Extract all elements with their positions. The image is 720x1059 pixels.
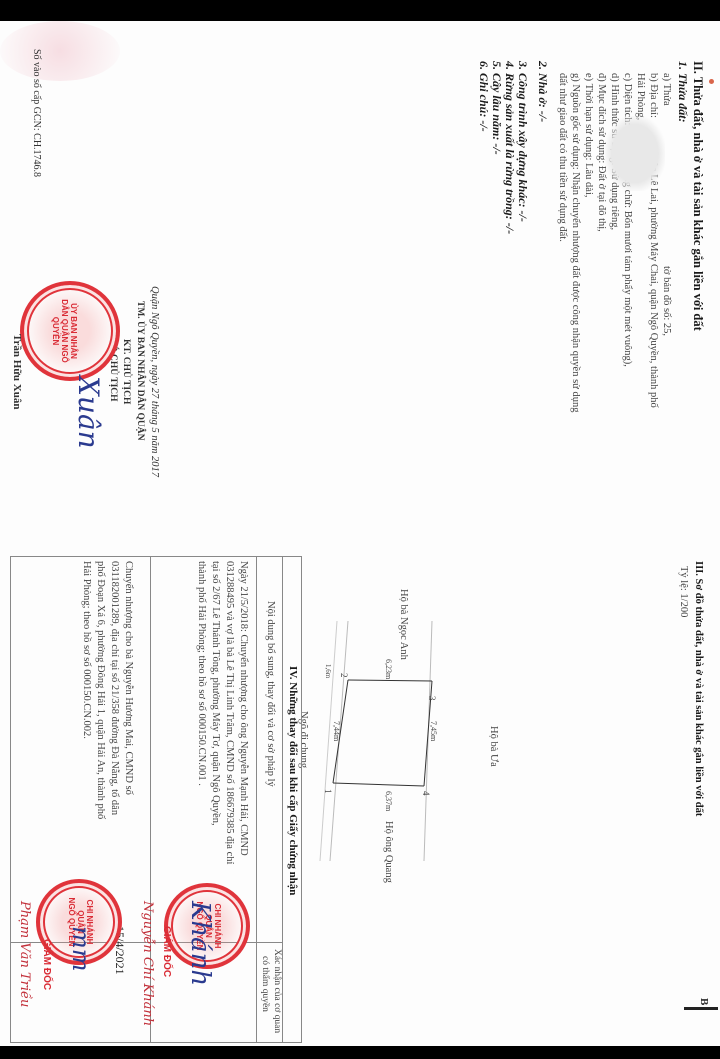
use-term: e) Thời hạn sử dụng: Lâu dài, [582, 73, 595, 197]
neighbor-top: Hộ bà Ưa [487, 726, 500, 767]
table-col1-header: Nội dung bổ sung, thay đổi và cơ sở pháp… [264, 601, 277, 787]
parcel-number: a) Thửa [660, 73, 673, 106]
redacted-blur [605, 116, 665, 191]
edge-bottom: 7,44m [330, 721, 343, 741]
neighbor-left: Hộ bà Ngọc Anh [397, 589, 410, 660]
bottom-black-border [0, 1046, 720, 1059]
entry1-line2: 031288495 và vợ là bà Lê Thị Linh Trâm, … [223, 561, 236, 864]
issue-place-date: Quận Ngô Quyền, ngày 27 tháng 5 năm 2017 [149, 286, 160, 477]
entry2-signer: Phạm Văn Triều [17, 901, 32, 1007]
edge-top: 7,45m [427, 721, 440, 741]
point-3: 3 [425, 696, 438, 701]
entry1-title: GIÁM ĐỐC [161, 926, 172, 977]
red-dot-mark [709, 79, 714, 84]
address-city: Hải Phòng, [634, 73, 647, 120]
entry1-line4: thành phố Hải Phòng; theo hồ sơ số 00015… [195, 561, 208, 786]
paper-stain [0, 21, 120, 81]
map-sheet-number: tờ bản đồ số: 25, [660, 266, 673, 336]
section2-title: II. Thửa đất, nhà ở và tài sản khác gắn … [690, 61, 705, 331]
point-4: 4 [419, 791, 432, 796]
entry2-title: GIÁM ĐỐC [41, 939, 52, 990]
entry1-line1: Ngày 21/5/2018: Chuyển nhượng cho ông Ng… [237, 561, 250, 856]
entry1-signature: Khánh [185, 901, 215, 986]
scale: Tỷ lệ: 1/200 [677, 566, 690, 617]
north-arrow-icon: B [682, 993, 720, 1023]
address-label: b) Địa chỉ: [647, 73, 660, 118]
point-1: 1 [321, 789, 334, 794]
section2-sub6: 6. Ghi chú: -/- [476, 61, 491, 132]
registry-number: Số vào sổ cấp GCN: CH.1746.8 [31, 49, 42, 177]
entry1-line3: tại số 2/67 Lê Thánh Tông, phường Máy Tơ… [209, 561, 222, 826]
neighbor-right: Hộ ông Quang [382, 821, 395, 883]
edge-lane: 1,6m [321, 664, 334, 678]
land-certificate-page: II. Thửa đất, nhà ở và tài sản khác gắn … [0, 21, 720, 1046]
entry2-line3: phố Đoạn Xá 6, phường Đông Hải 1, quận H… [94, 561, 107, 819]
section2-sub3: 3. Công trình xây dựng khác: -/- [515, 61, 530, 222]
point-2: 2 [337, 673, 350, 678]
entry1-signer: Nguyễn Chí Khánh [140, 901, 155, 1026]
entry2-line1: Chuyển nhượng cho bà Nguyễn Hương Mai, C… [122, 561, 135, 795]
entry2-line2: 031182001289, địa chỉ tại số 21/358 đườn… [108, 561, 121, 815]
section3-title: III. Sơ đồ thửa đất, nhà ở và tài sản kh… [693, 561, 704, 816]
edge-right: 6,37m [382, 791, 395, 811]
issuing-org: TM. ỦY BAN NHÂN DÂN QUẬN [135, 301, 145, 441]
section2-sub1: 1. Thửa đất: [675, 61, 690, 123]
table-col2-header-line1: Xác nhận của cơ quan [270, 949, 283, 1033]
top-black-border [0, 0, 720, 21]
role-chairman: KT. CHỦ TỊCH [121, 339, 131, 404]
section2-sub2: 2. Nhà ở: -/- [535, 61, 550, 122]
section4-title: IV. Những thay đổi sau khi cấp Giấy chứn… [287, 666, 299, 895]
section2-sub4: 4. Rừng sản xuất là rừng trồng: -/- [502, 61, 517, 234]
entry2-line4: Hải Phòng; theo hồ sơ số 000150.CN.002. [80, 561, 93, 739]
use-origin-cont: đất như giao đất có thu tiền sử dụng đất… [556, 73, 569, 242]
table-col2-header-line2: có thẩm quyền [258, 956, 271, 1012]
use-origin: g) Nguồn gốc sử dụng: Nhận chuyển nhượng… [569, 73, 582, 412]
district-seal: ỦY BAN NHÂN DÂN QUẬN NGÔ QUYỀN [20, 281, 120, 381]
edge-left: 6,23m [382, 659, 395, 679]
entry2-signature: mm [67, 926, 95, 972]
section2-sub5: 5. Cây lâu năm: -/- [489, 61, 504, 155]
vice-chairman-signature: Xuân [72, 376, 105, 449]
signer-name: Trần Hữu Xuân [11, 334, 23, 409]
